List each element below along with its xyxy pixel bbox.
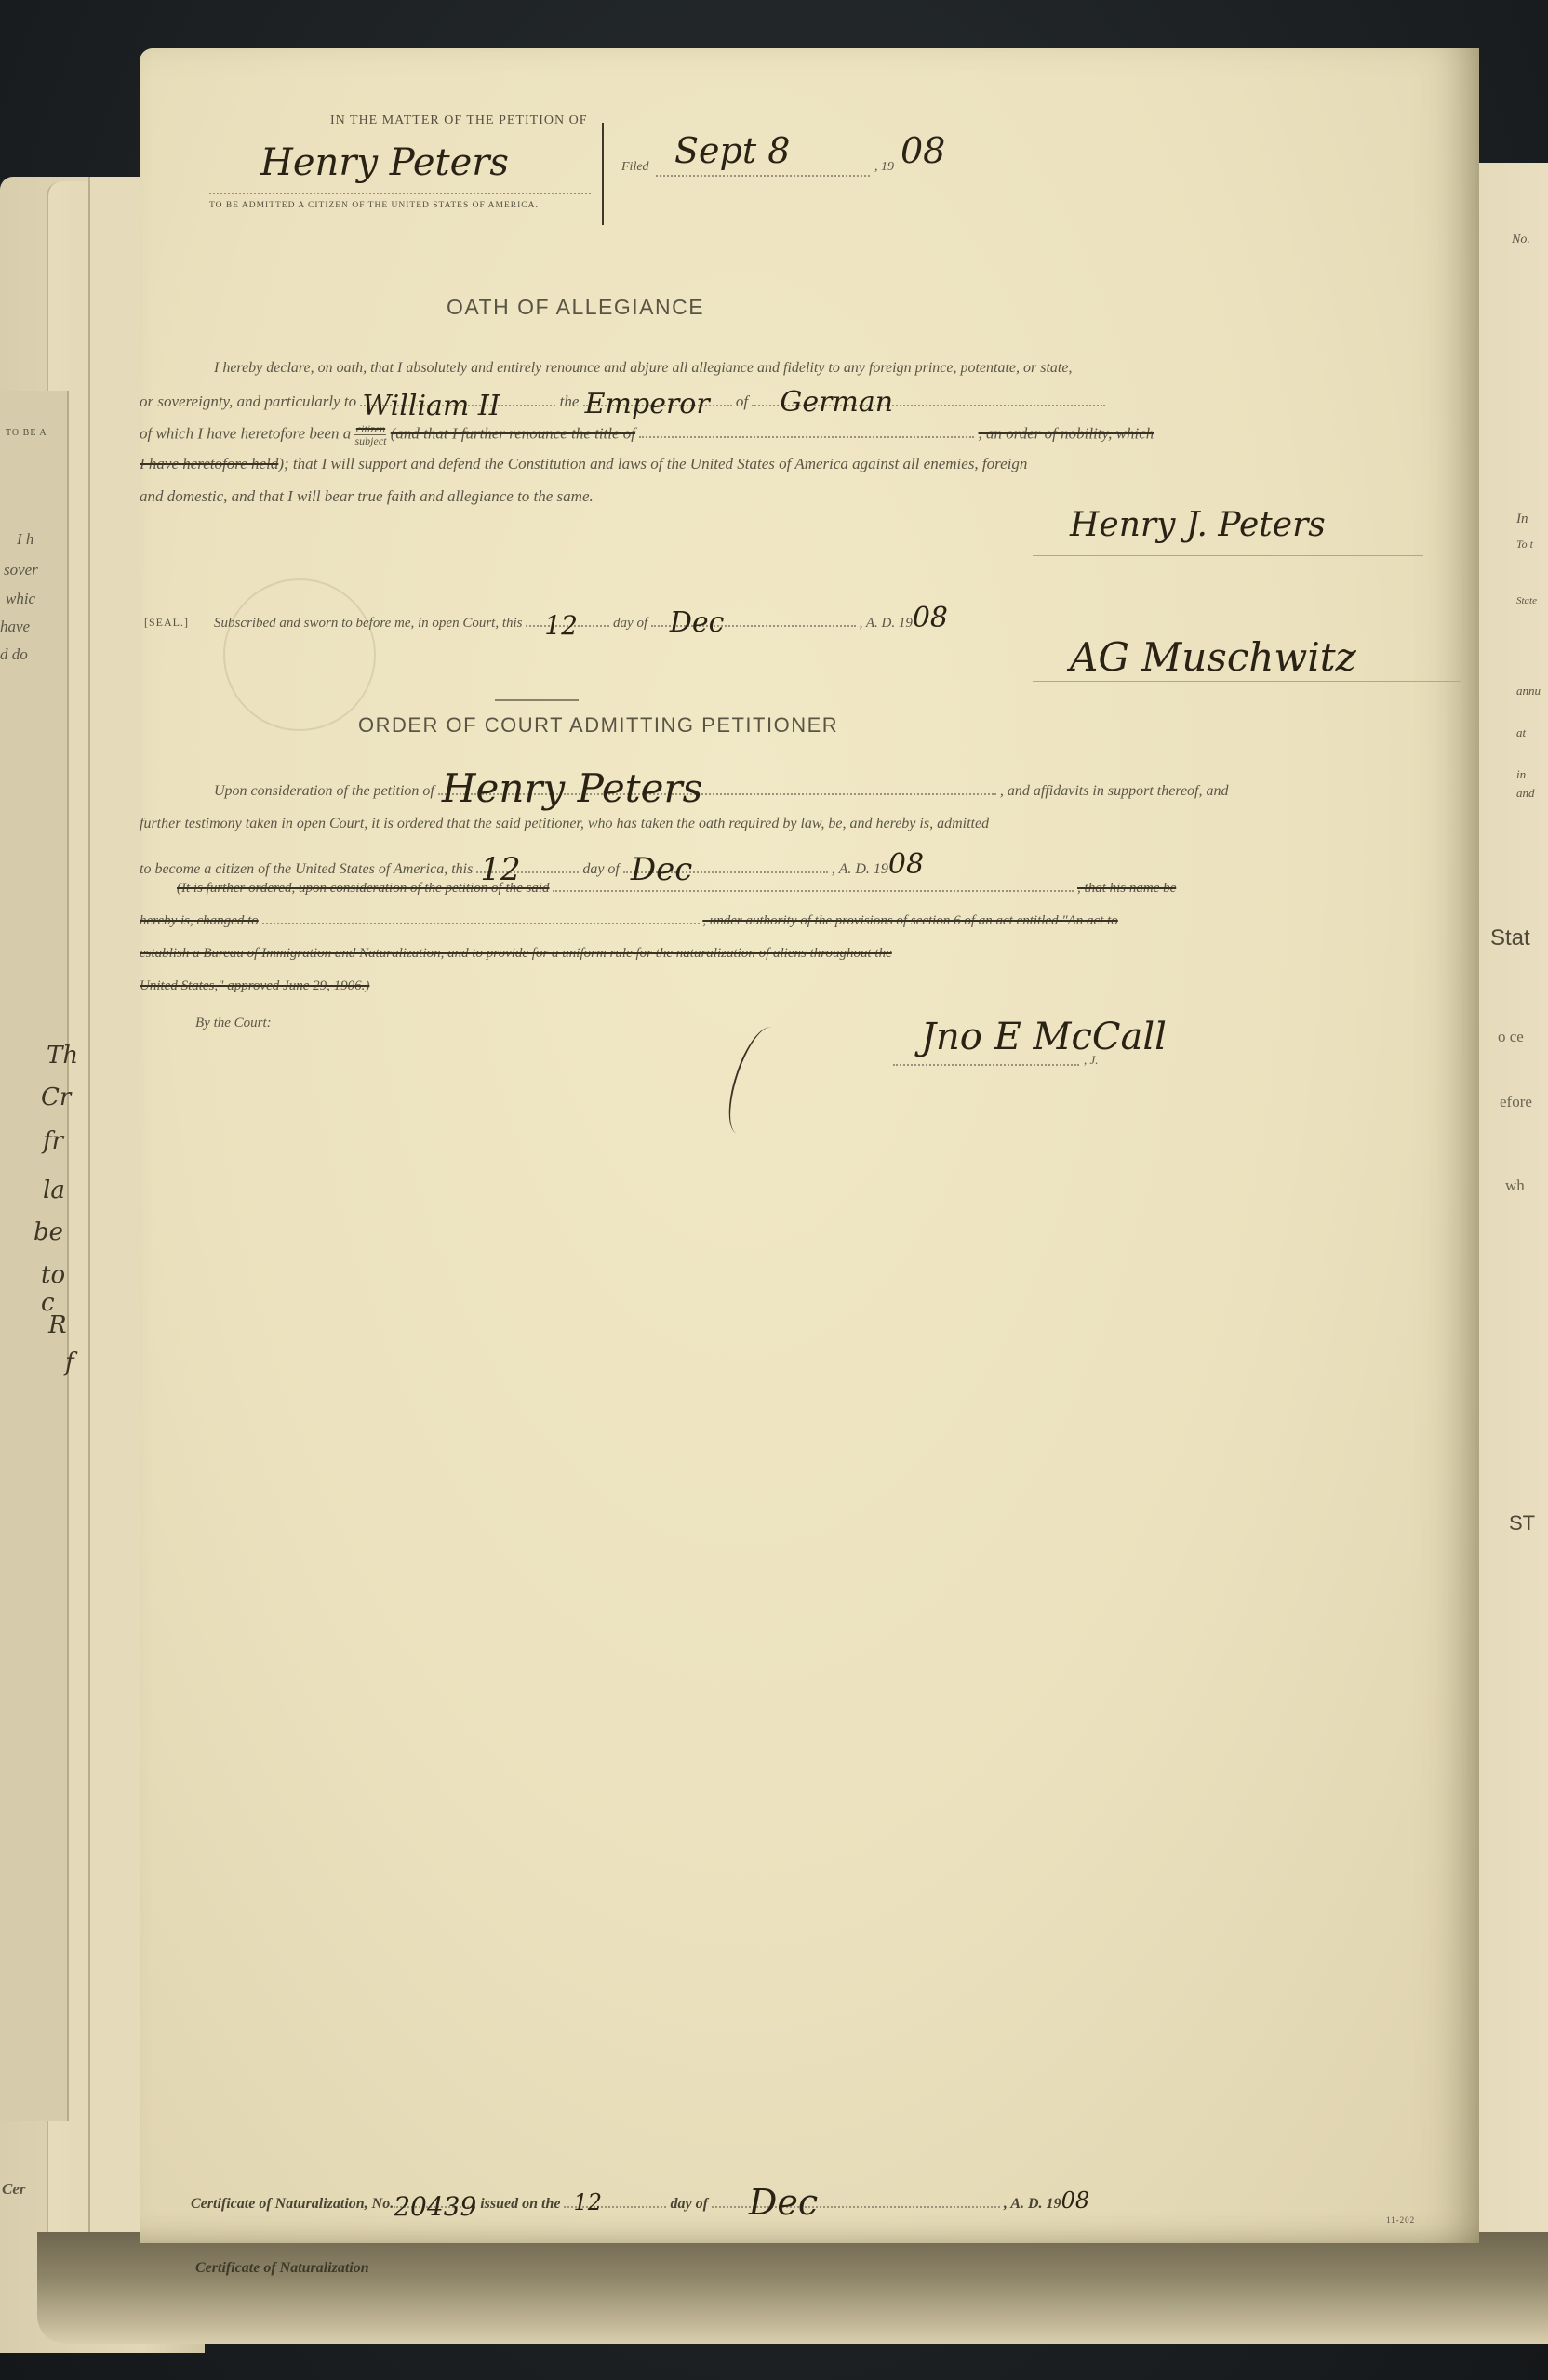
title-field: Emperor — [583, 405, 732, 406]
struck-text: (It is further ordered, upon considerati… — [177, 881, 550, 896]
judge-signature-line — [893, 1064, 1079, 1066]
oath-text: or sovereignty, and particularly to — [140, 392, 356, 410]
name-change-struck-line-2: hereby is, changed to , under authority … — [140, 913, 1118, 929]
struck-text: hereby is, changed to — [140, 913, 259, 928]
clerk-signature-line — [1033, 681, 1461, 682]
right-fragment: wh — [1505, 1177, 1525, 1195]
admission-caption: TO BE ADMITTED A CITIZEN OF THE UNITED S… — [209, 201, 539, 210]
right-fragment: ST — [1509, 1511, 1535, 1536]
left-fragment: have — [0, 618, 30, 636]
margin-handwriting: to c — [41, 1261, 67, 1317]
oath-line-5: and domestic, and that I will bear true … — [140, 487, 594, 506]
sworn-text: day of — [613, 616, 647, 631]
oath-text: the — [560, 392, 580, 410]
subject-option: subject — [354, 434, 386, 446]
order-line-2: further testimony taken in open Court, i… — [140, 816, 989, 832]
oath-line-1: I hereby declare, on oath, that I absolu… — [214, 360, 1072, 377]
judge-signature-flourish — [718, 1021, 790, 1139]
title-of-nobility-field — [639, 436, 974, 438]
under-page-certificate-label: Certificate of Naturalization — [195, 2260, 369, 2277]
order-text: day of — [582, 861, 620, 877]
certificate-label: Certificate of Naturalization, No. — [191, 2196, 394, 2212]
name-change-field — [553, 890, 1074, 892]
sworn-year-handwritten: 08 — [913, 602, 948, 634]
country-handwritten: German — [780, 386, 893, 419]
certificate-month-handwritten: Dec — [749, 2182, 818, 2223]
brace-divider — [602, 123, 609, 225]
left-fragment: TO BE A — [6, 428, 47, 438]
petitioner-name-handwritten: Henry Peters — [260, 141, 509, 184]
name-change-struck-line-1: (It is further ordered, upon considerati… — [177, 881, 1176, 897]
petition-caption: IN THE MATTER OF THE PETITION OF — [330, 113, 587, 128]
oath-line-4: I have heretofore held); that I will sup… — [140, 455, 1027, 473]
sworn-month-field: Dec — [651, 625, 856, 627]
order-year-handwritten: 08 — [888, 848, 924, 881]
certificate-line: Certificate of Naturalization, No.20439,… — [191, 2187, 1089, 2214]
seal-label: [SEAL.] — [144, 616, 189, 630]
order-petitioner-handwritten: Henry Peters — [442, 765, 702, 811]
right-fragment: State — [1516, 595, 1537, 606]
embossed-seal — [223, 578, 376, 731]
name-change-struck-line-3: establish a Bureau of Immigration and Na… — [140, 946, 892, 962]
oath-text: of which I have heretofore been a — [140, 424, 351, 442]
left-fragment: whic — [6, 590, 35, 608]
certificate-number-handwritten: 20439 — [394, 2191, 476, 2222]
citizen-subject-choice: citizen subject — [354, 423, 386, 446]
petitioner-name-line — [209, 193, 591, 194]
margin-handwriting: Cr — [41, 1084, 71, 1111]
order-of-nobility-struck: , an order of nobility, which — [979, 424, 1154, 442]
struck-text: , that his name be — [1077, 881, 1176, 896]
margin-handwriting: la — [43, 1177, 65, 1204]
left-facing-page: TO BE A I h sover whic have d do Th Cr f… — [0, 391, 69, 2121]
new-name-field — [262, 923, 700, 924]
right-fragment: and — [1516, 786, 1535, 801]
certificate-day-of-label: day of — [670, 2196, 707, 2212]
filed-date-line — [656, 175, 870, 177]
left-fragment: Cer — [2, 2180, 26, 2199]
order-line-1: Upon consideration of the petition of He… — [214, 783, 1229, 800]
certificate-issued-label: , issued on the — [473, 2196, 560, 2212]
petitioner-signature: Henry J. Peters — [1070, 506, 1326, 544]
filed-label: Filed — [621, 160, 649, 175]
struck-text: United States," approved June 29, 1906.) — [140, 978, 369, 993]
renounce-title-struck: (and that I further renounce the title o… — [391, 424, 635, 442]
order-text: to become a citizen of the United States… — [140, 861, 473, 877]
struck-text: , under authority of the provisions of s… — [702, 913, 1118, 928]
certificate-day-field: 12 — [564, 2206, 666, 2208]
right-fragment: at — [1516, 725, 1526, 740]
certificate-ad-label: , A. D. 19 — [1004, 2196, 1061, 2212]
margin-handwriting: be — [33, 1218, 63, 1246]
right-fragment: No. — [1512, 233, 1530, 247]
order-title: ORDER OF COURT ADMITTING PETITIONER — [358, 713, 838, 738]
heretofore-held-struck: I have heretofore held — [140, 455, 278, 472]
order-day-field: 12 — [476, 871, 579, 873]
left-fragment: I h — [17, 530, 33, 549]
left-fragment: d do — [0, 645, 28, 664]
judge-signature: Jno E McCall — [921, 1016, 1167, 1058]
certificate-year-handwritten: 08 — [1061, 2187, 1090, 2214]
sovereign-handwritten: William II — [362, 390, 500, 422]
section-divider — [495, 699, 579, 701]
certificate-day-handwritten: 12 — [573, 2189, 602, 2215]
filed-year-handwritten: 08 — [901, 130, 945, 171]
signature-line — [1033, 555, 1423, 556]
page-stack-bottom-edge: Certificate of Naturalization — [37, 2232, 1548, 2344]
name-change-struck-line-4: United States," approved June 29, 1906.) — [140, 978, 369, 994]
right-fragment: annu — [1516, 684, 1541, 698]
oath-line-3: of which I have heretofore been a citize… — [140, 423, 1154, 446]
oath-text: ); that I will support and defend the Co… — [278, 455, 1027, 472]
right-fragment: Stat — [1490, 925, 1530, 951]
oath-title: OATH OF ALLEGIANCE — [447, 295, 704, 320]
right-fragment: o ce — [1498, 1028, 1524, 1046]
sworn-text: , A. D. 19 — [860, 616, 913, 631]
form-number: 11-202 — [1386, 2215, 1415, 2225]
order-month-field: Dec — [623, 871, 828, 873]
sworn-day-field: 12 — [526, 625, 609, 627]
order-petitioner-field: Henry Peters — [438, 793, 996, 795]
left-fragment: sover — [4, 561, 38, 579]
ruler-title-handwritten: Emperor — [585, 388, 710, 420]
right-fragment: efore — [1500, 1093, 1532, 1111]
oath-line-2: or sovereignty, and particularly to Will… — [140, 392, 1105, 411]
sworn-month-handwritten: Dec — [670, 606, 725, 639]
sovereign-field: William II — [360, 405, 555, 406]
margin-handwriting: R — [48, 1311, 67, 1339]
order-text: , and affidavits in support thereof, and — [1000, 783, 1229, 799]
oath-text: of — [736, 392, 748, 410]
right-fragment: To t — [1516, 538, 1533, 552]
citizen-struck: citizen — [354, 423, 386, 434]
margin-handwriting: Th — [47, 1042, 78, 1070]
certificate-number-field: 20439 — [394, 2206, 473, 2208]
order-line-3: to become a citizen of the United States… — [140, 848, 924, 881]
sworn-day-handwritten: 12 — [544, 610, 578, 641]
by-the-court-label: By the Court: — [195, 1016, 272, 1031]
document-page: IN THE MATTER OF THE PETITION OF Henry P… — [140, 48, 1479, 2243]
right-fragment: In — [1516, 512, 1528, 527]
order-text: , A. D. 19 — [832, 861, 888, 877]
margin-handwriting: fr — [43, 1127, 63, 1155]
country-field: German — [752, 405, 1105, 406]
order-text: Upon consideration of the petition of — [214, 783, 434, 799]
filed-year-prefix: , 19 — [874, 160, 894, 175]
judge-suffix: , J. — [1084, 1053, 1099, 1068]
filed-date-handwritten: Sept 8 — [674, 130, 790, 171]
right-fragment: in — [1516, 767, 1526, 782]
clerk-signature: AG Muschwitz — [1070, 634, 1356, 680]
certificate-month-field: Dec — [712, 2206, 1000, 2208]
margin-handwriting: f — [65, 1349, 74, 1376]
